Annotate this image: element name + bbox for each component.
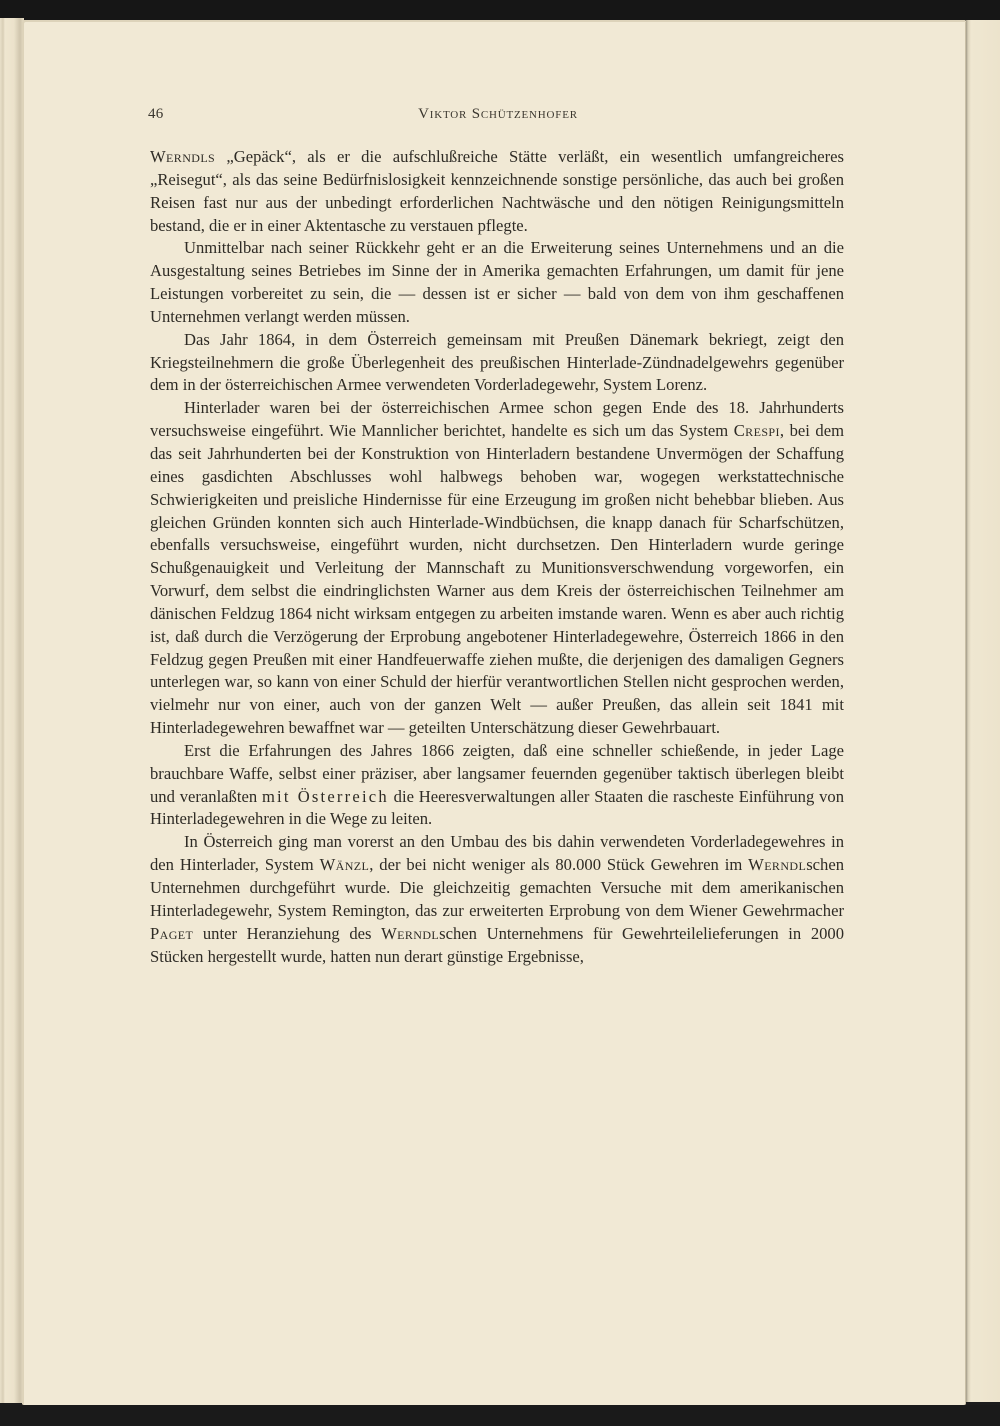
paragraph: In Österreich ging man vorerst an den Um… bbox=[150, 831, 844, 968]
text-run: unter Heranziehung des bbox=[193, 924, 381, 943]
body-text: Werndls „Gepäck“, als er die aufschlußre… bbox=[150, 146, 844, 968]
page-stack-edge-left bbox=[0, 18, 24, 1403]
emphasized-text: Werndl bbox=[381, 924, 439, 943]
emphasized-text: mit Österreich bbox=[262, 787, 389, 806]
text-run: , bei dem das seit Jahrhunderten bei der… bbox=[150, 421, 844, 737]
paragraph: Hinterlader waren bei der österreichisch… bbox=[150, 397, 844, 740]
paragraph: Unmittelbar nach seiner Rückkehr geht er… bbox=[150, 237, 844, 328]
running-header: 46 Viktor Schützenhofer bbox=[148, 106, 848, 128]
text-run: , der bei nicht weniger als 80.000 Stück… bbox=[369, 855, 748, 874]
emphasized-text: Werndl bbox=[748, 855, 806, 874]
running-head-author: Viktor Schützenhofer bbox=[148, 106, 848, 123]
scan-background-bottom bbox=[0, 1405, 1000, 1426]
emphasized-text: Crespi bbox=[734, 421, 780, 440]
text-run: Unmittelbar nach seiner Rückkehr geht er… bbox=[150, 238, 844, 326]
scan-background-top bbox=[0, 0, 1000, 20]
emphasized-text: Paget bbox=[150, 924, 193, 943]
facing-page-edge-right bbox=[966, 20, 1000, 1402]
paragraph: Werndls „Gepäck“, als er die aufschlußre… bbox=[150, 146, 844, 237]
emphasized-text: Werndls bbox=[150, 147, 215, 166]
paragraph: Erst die Erfahrungen des Jahres 1866 zei… bbox=[150, 740, 844, 831]
text-run: Das Jahr 1864, in dem Österreich gemeins… bbox=[150, 330, 844, 395]
emphasized-text: Wänzl bbox=[320, 855, 370, 874]
text-run: „Gepäck“, als er die aufschlußreiche Stä… bbox=[150, 147, 844, 235]
paragraph: Das Jahr 1864, in dem Österreich gemeins… bbox=[150, 329, 844, 398]
